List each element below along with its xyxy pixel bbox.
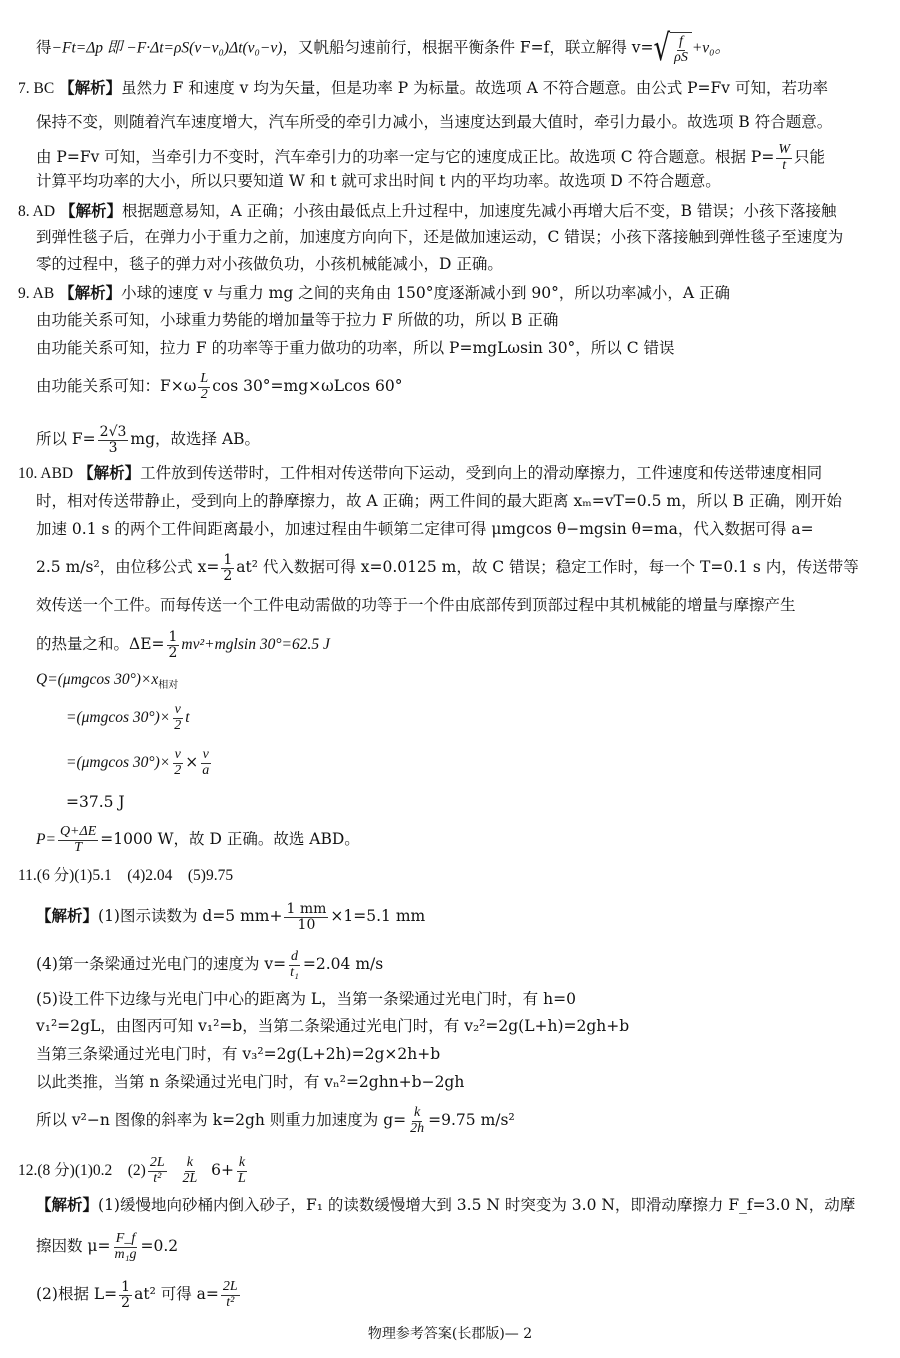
frac-den: 2 xyxy=(167,646,180,661)
text: × xyxy=(185,753,198,771)
frac-num: 2L xyxy=(148,1156,167,1172)
subscript: 相对 xyxy=(158,680,178,691)
text: 6+ xyxy=(211,1161,234,1179)
question-label: 10. ABD xyxy=(18,465,73,482)
text: 工件放到传送带时，工件相对传送带向下运动，受到向上的滑动摩擦力，工件速度和传送带… xyxy=(140,464,822,482)
equation: t xyxy=(185,709,189,726)
text: 擦因数 μ= xyxy=(36,1237,111,1255)
text: 由功能关系可知，小球重力势能的增加量等于拉力 F 所做的功，所以 B 正确 xyxy=(36,311,558,329)
text: 时，相对传送带静止，受到向上的静摩擦力，故 A 正确；两工件间的最大距离 xₘ=… xyxy=(36,492,842,510)
frac-den: t₁ xyxy=(288,966,301,981)
q11-line-5: 当第三条梁通过光电门时，有 v₃²=2g(L+2h)=2g×2h+b xyxy=(36,1043,440,1065)
analysis-tag: 【解析】 xyxy=(36,1195,98,1214)
fraction: L2 xyxy=(198,372,210,402)
text: (4)第一条梁通过光电门的速度为 v= xyxy=(36,955,286,973)
text: (2)根据 L= xyxy=(36,1285,117,1303)
q9-line-3: 由功能关系可知，拉力 F 的功率等于重力做功的功率，所以 P=mgLωsin 3… xyxy=(36,337,675,359)
analysis-tag: 【解析】 xyxy=(60,201,122,220)
q7-line-1: 7. BC 【解析】虽然力 F 和速度 v 均为矢量，但是功率 P 为标量。故选… xyxy=(18,77,828,100)
fraction: k2L xyxy=(181,1156,200,1186)
question-label: 7. BC xyxy=(18,80,54,97)
text: (1)缓慢地向砂桶内倒入砂子，F₁ 的读数缓慢增大到 3.5 N 时突变为 3.… xyxy=(98,1196,855,1214)
text: =1000 W，故 D 正确。故选 ABD。 xyxy=(100,830,360,848)
frac-num: 2√3 xyxy=(98,425,129,441)
frac-num: d xyxy=(289,950,300,966)
fraction: v2 xyxy=(172,748,183,778)
text: 所以 F= xyxy=(36,430,96,448)
fraction: 12 xyxy=(221,553,234,583)
frac-den: 2h xyxy=(408,1122,426,1137)
fraction: 2Lt² xyxy=(221,1280,240,1310)
text: v₁²=2gL，由图丙可知 v₁²=b，当第二条梁通过光电门时，有 v₂²=2g… xyxy=(36,1017,629,1035)
analysis-tag: 【解析】 xyxy=(59,283,121,302)
frac-num: k xyxy=(412,1106,422,1122)
text: 加速 0.1 s 的两个工件间距离最小，加速过程由牛顿第二定律可得 μmgcos… xyxy=(36,520,814,538)
q10-line-1: 10. ABD 【解析】工件放到传送带时，工件相对传送带向下运动，受到向上的滑动… xyxy=(18,462,822,485)
frac-den: T xyxy=(72,841,84,856)
q7-line-2: 保持不变，则随着汽车速度增大，汽车所受的牵引力减小，当速度达到最大值时，牵引力最… xyxy=(36,111,832,133)
text: 根据题意易知，A 正确；小孩由最低点上升过程中，加速度先减小再增大后不变，B 错… xyxy=(122,202,836,220)
frac-den: 3 xyxy=(107,441,120,456)
q10-line-7: Q=(μmgcos 30°)×x相对 xyxy=(36,668,178,697)
frac-num: 1 xyxy=(119,1280,132,1296)
text: 当第三条梁通过光电门时，有 v₃²=2g(L+2h)=2g×2h+b xyxy=(36,1045,440,1063)
q12-line-2: 擦因数 μ=F_fm₁g=0.2 xyxy=(36,1232,178,1262)
q10-line-3: 加速 0.1 s 的两个工件间距离最小，加速过程由牛顿第二定律可得 μmgcos… xyxy=(36,518,814,540)
fraction: 12 xyxy=(119,1280,132,1310)
text: 保持不变，则随着汽车速度增大，汽车所受的牵引力减小，当速度达到最大值时，牵引力最… xyxy=(36,113,832,131)
frac-den: t² xyxy=(151,1172,163,1187)
frac-num: Q+ΔE xyxy=(58,825,98,841)
fraction: Wt xyxy=(776,143,792,173)
q7-line-3: 由 P=Fv 可知，当牵引力不变时，汽车牵引力的功率一定与它的速度成正比。故选项… xyxy=(36,143,825,173)
fraction: va xyxy=(200,748,211,778)
q10-line-6: 的热量之和。ΔE=12mv²+mglsin 30°=62.5 J xyxy=(36,630,330,660)
q10-line-2: 时，相对传送带静止，受到向上的静摩擦力，故 A 正确；两工件间的最大距离 xₘ=… xyxy=(36,490,842,512)
text: =0.2 xyxy=(140,1237,178,1255)
frac-den: t² xyxy=(224,1296,236,1311)
question-label: 11.(6 分)(1)5.1 (4)2.04 (5)9.75 xyxy=(18,867,233,884)
frac-den: L xyxy=(236,1172,248,1187)
text: 小球的速度 v 与重力 mg 之间的夹角由 150°度逐渐减小到 90°，所以功… xyxy=(121,284,730,302)
text: 虽然力 F 和速度 v 均为矢量，但是功率 P 为标量。故选项 A 不符合题意。… xyxy=(121,79,828,97)
text: ，又帆船匀速前行，根据平衡条件 F=f，联立解得 v= xyxy=(282,39,653,57)
text: 2.5 m/s²，由位移公式 x= xyxy=(36,558,219,576)
q10-line-9: =(μmgcos 30°)×v2×va xyxy=(66,748,213,778)
text: 的热量之和。ΔE= xyxy=(36,635,165,653)
fraction: Q+ΔET xyxy=(58,825,98,855)
text: at² 可得 a= xyxy=(134,1285,219,1303)
frac-num: k xyxy=(185,1156,195,1172)
frac-num: 2L xyxy=(221,1280,240,1296)
analysis-tag: 【解析】 xyxy=(78,463,140,482)
q11-line-6: 以此类推，当第 n 条梁通过光电门时，有 vₙ²=2ghn+b−2gh xyxy=(36,1071,464,1093)
equation: Q=(μmgcos 30°)×x xyxy=(36,671,158,688)
q9-line-2: 由功能关系可知，小球重力势能的增加量等于拉力 F 所做的功，所以 B 正确 xyxy=(36,309,558,331)
frac-num: v xyxy=(173,748,183,764)
text: 得 xyxy=(36,39,52,57)
frac-num: v xyxy=(201,748,211,764)
text: 到弹性毯子后，在弹力小于重力之前，加速度方向向下，还是做加速运动，C 错误；小孩… xyxy=(36,228,843,246)
text: mg，故选择 AB。 xyxy=(130,430,260,448)
fraction: 2Lt² xyxy=(148,1156,167,1186)
text: at² 代入数据可得 x=0.0125 m，故 C 错误；稳定工作时，每一个 T… xyxy=(236,558,859,576)
text: 由功能关系可知，拉力 F 的功率等于重力做功的功率，所以 P=mgLωsin 3… xyxy=(36,339,675,357)
equation: mv²+mglsin 30°=62.5 J xyxy=(181,636,329,653)
q8-line-3: 零的过程中，毯子的弹力对小孩做负功，小孩机械能减小，D 正确。 xyxy=(36,253,503,275)
text: 所以 v²−n 图像的斜率为 k=2gh 则重力加速度为 g= xyxy=(36,1111,406,1129)
equation: =(μmgcos 30°)× xyxy=(66,754,170,771)
text: 以此类推，当第 n 条梁通过光电门时，有 vₙ²=2ghn+b−2gh xyxy=(36,1073,464,1091)
q10-line-4: 2.5 m/s²，由位移公式 x=12at² 代入数据可得 x=0.0125 m… xyxy=(36,553,859,583)
q6-conclusion-line: 得−Ft=Δp 即 −F·Δt=ρS(v−v₀)Δt(v₀−v)，又帆船匀速前行… xyxy=(36,32,730,65)
frac-den: a xyxy=(200,764,211,779)
frac-num: 1 xyxy=(221,553,234,569)
text: 零的过程中，毯子的弹力对小孩做负功，小孩机械能减小，D 正确。 xyxy=(36,255,503,273)
frac-num: k xyxy=(237,1156,247,1172)
analysis-tag: 【解析】 xyxy=(36,906,98,925)
fraction: v2 xyxy=(172,703,183,733)
fraction: dt₁ xyxy=(288,950,301,980)
analysis-tag: 【解析】 xyxy=(59,78,121,97)
frac-num: F_f xyxy=(114,1232,137,1248)
frac-den: t xyxy=(780,159,788,174)
q11-line-4: v₁²=2gL，由图丙可知 v₁²=b，当第二条梁通过光电门时，有 v₂²=2g… xyxy=(36,1015,629,1037)
page-footer: 物理参考答案(长郡版)— 2 xyxy=(0,1323,900,1343)
text: 只能 xyxy=(794,148,825,166)
frac-den: 2L xyxy=(181,1172,200,1187)
fraction: 2√33 xyxy=(98,425,129,455)
frac-num: 1 mm xyxy=(284,902,328,918)
q10-line-11: P=Q+ΔET=1000 W，故 D 正确。故选 ABD。 xyxy=(36,825,360,855)
frac-num: W xyxy=(776,143,792,159)
fraction: kL xyxy=(236,1156,248,1186)
text: 由 P=Fv 可知，当牵引力不变时，汽车牵引力的功率一定与它的速度成正比。故选项… xyxy=(36,148,774,166)
equation: P= xyxy=(36,831,56,848)
question-label: 12.(8 分)(1)0.2 (2) xyxy=(18,1162,146,1179)
text: (1)图示读数为 d=5 mm+ xyxy=(98,907,282,925)
fraction: 12 xyxy=(167,630,180,660)
text: =2.04 m/s xyxy=(303,955,383,973)
text: =37.5 J xyxy=(66,793,125,811)
frac-num: f xyxy=(677,35,685,51)
q11-answer-line: 11.(6 分)(1)5.1 (4)2.04 (5)9.75 xyxy=(18,864,233,887)
equation: −Ft=Δp 即 −F·Δt=ρS(v−v₀)Δt(v₀−v) xyxy=(52,40,283,57)
text: +v₀。 xyxy=(692,40,730,57)
frac-den: m₁g xyxy=(113,1248,139,1263)
q10-line-10: =37.5 J xyxy=(66,791,125,813)
frac-den: 2 xyxy=(172,764,183,779)
q11-line-2: (4)第一条梁通过光电门的速度为 v=dt₁=2.04 m/s xyxy=(36,950,383,980)
text: 效传送一个工件。而每传送一个工件电动需做的功等于一个件由底部传到顶部过程中其机械… xyxy=(36,596,796,614)
q10-line-5: 效传送一个工件。而每传送一个工件电动需做的功等于一个件由底部传到顶部过程中其机械… xyxy=(36,594,796,616)
frac-den: ρS xyxy=(672,51,690,66)
q11-line-7: 所以 v²−n 图像的斜率为 k=2gh 则重力加速度为 g=k2h=9.75 … xyxy=(36,1106,515,1136)
q8-line-1: 8. AD 【解析】根据题意易知，A 正确；小孩由最低点上升过程中，加速度先减小… xyxy=(18,200,836,223)
text: 由功能关系可知：F×ω xyxy=(36,377,196,395)
text: cos 30°=mg×ωLcos 60° xyxy=(212,377,402,395)
frac-den: 2 xyxy=(119,1296,132,1311)
q7-line-4: 计算平均功率的大小，所以只要知道 W 和 t 就可求出时间 t 内的平均功率。故… xyxy=(36,170,721,192)
q9-line-5: 所以 F=2√33mg，故选择 AB。 xyxy=(36,425,260,455)
question-label: 8. AD xyxy=(18,203,55,220)
frac-den: 2 xyxy=(172,719,183,734)
frac-den: 2 xyxy=(221,569,234,584)
q11-line-3: (5)设工件下边缘与光电门中心的距离为 L，当第一条梁通过光电门时，有 h=0 xyxy=(36,988,576,1010)
text: (5)设工件下边缘与光电门中心的距离为 L，当第一条梁通过光电门时，有 h=0 xyxy=(36,990,576,1008)
sqrt-expression: √fρS xyxy=(654,32,692,65)
fraction: k2h xyxy=(408,1106,426,1136)
frac-num: v xyxy=(173,703,183,719)
frac-num: 1 xyxy=(167,630,180,646)
q11-line-1: 【解析】(1)图示读数为 d=5 mm+1 mm10×1=5.1 mm xyxy=(36,902,425,932)
text: =9.75 m/s² xyxy=(428,1111,515,1129)
equation: =(μmgcos 30°)× xyxy=(66,709,170,726)
q10-line-8: =(μmgcos 30°)×v2t xyxy=(66,703,190,733)
q12-answer-line: 12.(8 分)(1)0.2 (2)2Lt² k2L 6+kL xyxy=(18,1156,250,1186)
q12-line-1: 【解析】(1)缓慢地向砂桶内倒入砂子，F₁ 的读数缓慢增大到 3.5 N 时突变… xyxy=(36,1194,855,1216)
frac-num: L xyxy=(198,372,210,388)
q8-line-2: 到弹性毯子后，在弹力小于重力之前，加速度方向向下，还是做加速运动，C 错误；小孩… xyxy=(36,226,843,248)
frac-den: 2 xyxy=(199,388,210,403)
q9-line-1: 9. AB 【解析】小球的速度 v 与重力 mg 之间的夹角由 150°度逐渐减… xyxy=(18,282,730,305)
text: ×1=5.1 mm xyxy=(330,907,425,925)
q9-line-4: 由功能关系可知：F×ωL2cos 30°=mg×ωLcos 60° xyxy=(36,372,402,402)
q12-line-3: (2)根据 L=12at² 可得 a=2Lt² xyxy=(36,1280,242,1310)
question-label: 9. AB xyxy=(18,285,54,302)
frac-den: 10 xyxy=(296,918,318,933)
fraction: 1 mm10 xyxy=(284,902,328,932)
fraction: F_fm₁g xyxy=(113,1232,139,1262)
text: 计算平均功率的大小，所以只要知道 W 和 t 就可求出时间 t 内的平均功率。故… xyxy=(36,172,721,190)
